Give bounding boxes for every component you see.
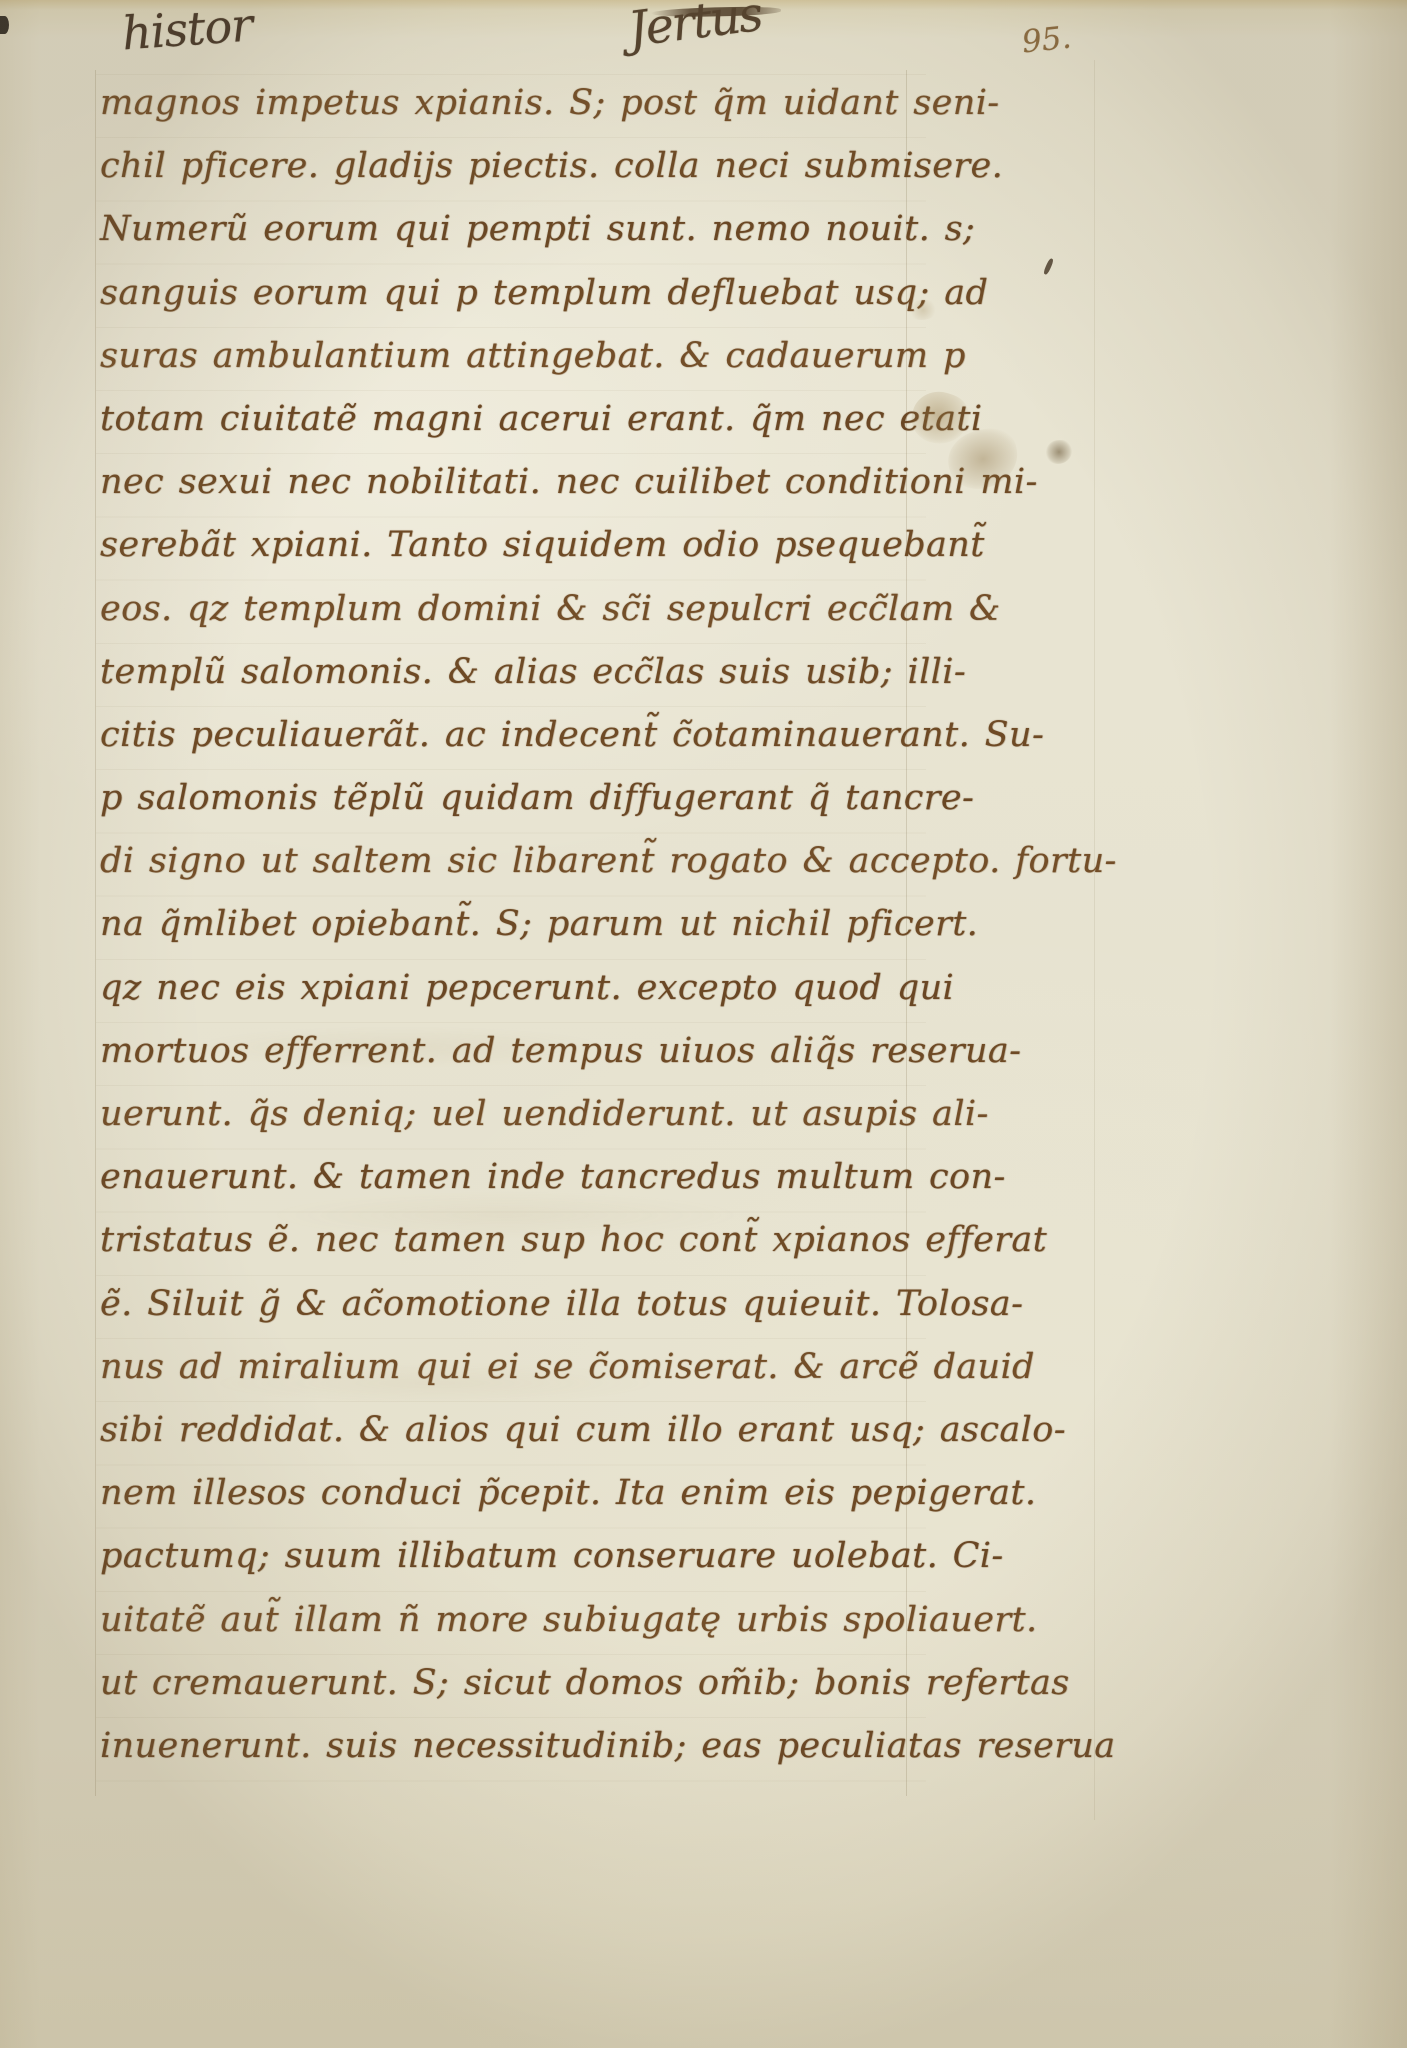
manuscript-line: tristatus ẽ. nec tamen sup hoc cont̃ xpi… — [100, 1209, 920, 1272]
text-block: magnos impetus xpianis. S; post q̃m uida… — [100, 72, 920, 1778]
manuscript-line: mortuos efferrent. ad tempus uiuos aliq̃… — [100, 1020, 920, 1083]
annotation-top-center: Jertus — [625, 0, 764, 58]
manuscript-line: uerunt. q̃s deniq; uel uendiderunt. ut a… — [100, 1083, 920, 1146]
manuscript-line: eos. qz templum domini & sc̃i sepulcri e… — [100, 578, 920, 641]
manuscript-line: serebãt xpiani. Tanto siquidem odio pseq… — [100, 514, 920, 577]
manuscript-line: nus ad miralium qui ei se c̃omiserat. & … — [100, 1336, 920, 1399]
manuscript-line: uitatẽ aut̃ illam ñ more subiugatę urbis… — [100, 1589, 920, 1652]
manuscript-line: sibi reddidat. & alios qui cum illo eran… — [100, 1399, 920, 1462]
manuscript-line: sanguis eorum qui p templum defluebat us… — [100, 262, 920, 325]
manuscript-line: magnos impetus xpianis. S; post q̃m uida… — [100, 72, 920, 135]
outer-margin-ruling — [1094, 60, 1095, 1820]
manuscript-page: histor Jertus 95. magnos impetus xpianis… — [0, 0, 1407, 2048]
manuscript-line: citis peculiauerãt. ac indecent̃ c̃otami… — [100, 704, 920, 767]
folio-number: 95. — [1020, 20, 1073, 61]
manuscript-line: suras ambulantium attingebat. & cadaueru… — [100, 325, 920, 388]
manuscript-line: nem illesos conduci p̃cepit. Ita enim ei… — [100, 1462, 920, 1525]
manuscript-line: nec sexui nec nobilitati. nec cuilibet c… — [100, 451, 920, 514]
manuscript-line: pactumq; suum illibatum conseruare uoleb… — [100, 1525, 920, 1588]
manuscript-line: enauerunt. & tamen inde tancredus multum… — [100, 1146, 920, 1209]
manuscript-line: chil pficere. gladijs piectis. colla nec… — [100, 135, 920, 198]
manuscript-line: na q̃mlibet opiebant̃. S; parum ut nichi… — [100, 893, 920, 956]
manuscript-line: ẽ. Siluit g̃ & ac̃omotione illa totus qu… — [100, 1273, 920, 1336]
manuscript-line: inuenerunt. suis necessitudinib; eas pec… — [100, 1715, 920, 1778]
manuscript-line: templũ salomonis. & alias ecc̃las suis u… — [100, 641, 920, 704]
manuscript-line: di signo ut saltem sic libarent̃ rogato … — [100, 830, 920, 893]
manuscript-line: ut cremauerunt. S; sicut domos om̃ib; bo… — [100, 1652, 920, 1715]
left-margin-ruling — [95, 70, 96, 1796]
manuscript-line: totam ciuitatẽ magni acerui erant. q̃m n… — [100, 388, 920, 451]
annotation-top-left: histor — [120, 0, 254, 60]
manuscript-line: qz nec eis xpiani pepcerunt. excepto quo… — [100, 957, 920, 1020]
edge-speck — [0, 16, 9, 34]
margin-stain — [1046, 440, 1072, 464]
manuscript-line: Numerũ eorum qui pempti sunt. nemo nouit… — [100, 198, 920, 261]
ink-tick-mark — [1043, 258, 1054, 276]
manuscript-line: p salomonis tẽplũ quidam diffugerant q̃ … — [100, 767, 920, 830]
